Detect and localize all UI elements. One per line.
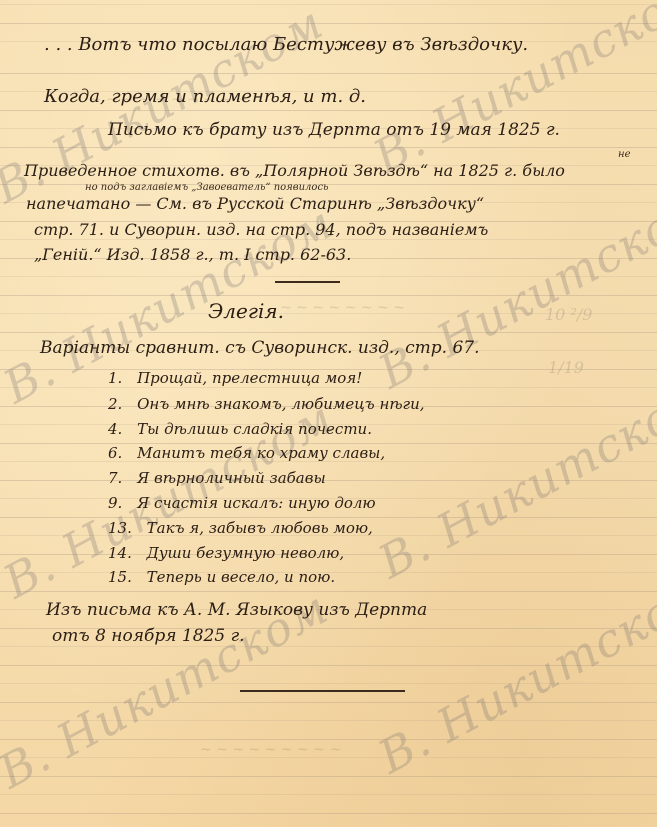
- publication-note-line: „Геній.“ Изд. 1858 г., т. I стр. 62-63.: [34, 247, 351, 263]
- variant-text: Ты дѣлишь сладкія почести.: [137, 420, 372, 438]
- manuscript-page: ~ ~ ~ ~ ~ ~ ~ ~ ~ ~ ~ ~ ~ ~ ~ ~ ~ ~ ~ ~ …: [0, 0, 657, 827]
- section-divider: [275, 281, 340, 283]
- variant-line: 9. Я счастія искалъ: иную долю: [108, 496, 376, 511]
- bleed-through-text: ~ ~ ~ ~ ~ ~ ~ ~ ~: [200, 742, 341, 758]
- variant-line: 1. Прощай, прелестница моя!: [108, 371, 362, 386]
- variant-number: 13.: [108, 519, 132, 537]
- publication-note-line: стр. 71. и Суворин. изд. на стр. 94, под…: [34, 222, 488, 238]
- variant-number: 6.: [108, 444, 122, 462]
- variant-number: 9.: [108, 494, 122, 512]
- variant-text: Такъ я, забывъ любовь мою,: [147, 519, 373, 537]
- publication-note-line: напечатано — См. въ Русской Старинѣ „Звѣ…: [26, 196, 484, 212]
- variant-line: 13. Такъ я, забывъ любовь мою,: [108, 521, 373, 536]
- bleed-through-text: ~ ~ ~ ~ ~ ~ ~ ~: [280, 300, 405, 316]
- variant-text: Манитъ тебя ко храму славы,: [137, 444, 385, 462]
- variant-number: 14.: [108, 544, 132, 562]
- variant-text: Онъ мнѣ знакомъ, любимецъ нѣги,: [137, 395, 424, 413]
- section-title: Элегія.: [208, 301, 284, 321]
- variant-text: Души безумную неволю,: [147, 544, 344, 562]
- variant-line: 14. Души безумную неволю,: [108, 546, 344, 561]
- variants-intro: Варіанты сравнит. съ Суворинск. изд., ст…: [40, 340, 480, 357]
- variant-line: 2. Онъ мнѣ знакомъ, любимецъ нѣги,: [108, 397, 425, 412]
- variant-number: 1.: [108, 369, 122, 387]
- variant-line: 7. Я вѣрноличный забавы: [108, 471, 326, 486]
- pencil-margin-note: 1/19: [548, 358, 584, 377]
- variant-text: Теперь и весело, и пою.: [147, 568, 335, 586]
- interlinear-annotation: но подъ заглавіемъ „Завоеватель“ появило…: [85, 183, 329, 193]
- variant-text: Я вѣрноличный забавы: [137, 469, 326, 487]
- poem-first-line: Когда, гремя и пламенѣя, и т. д.: [44, 88, 366, 106]
- end-divider: [240, 690, 405, 692]
- heading-line: . . . Вотъ что посылаю Бестужеву въ Звѣз…: [44, 36, 528, 54]
- variant-number: 7.: [108, 469, 122, 487]
- variant-line: 4. Ты дѣлишь сладкія почести.: [108, 422, 372, 437]
- letter-reference: Письмо къ брату изъ Дерпта отъ 19 мая 18…: [108, 122, 560, 139]
- variant-number: 15.: [108, 568, 132, 586]
- variant-number: 4.: [108, 420, 122, 438]
- variant-number: 2.: [108, 395, 122, 413]
- superscript-correction: не: [618, 150, 631, 160]
- variant-line: 15. Теперь и весело, и пою.: [108, 570, 335, 585]
- closing-reference: Изъ письма къ А. М. Языкову изъ Дерпта: [46, 602, 427, 619]
- variant-text: Прощай, прелестница моя!: [137, 369, 362, 387]
- closing-date: отъ 8 ноября 1825 г.: [52, 628, 245, 645]
- variant-line: 6. Манитъ тебя ко храму славы,: [108, 446, 385, 461]
- variant-text: Я счастія искалъ: иную долю: [137, 494, 376, 512]
- publication-note-line: Приведенное стихотв. въ „Полярной Звѣздѣ…: [24, 163, 565, 179]
